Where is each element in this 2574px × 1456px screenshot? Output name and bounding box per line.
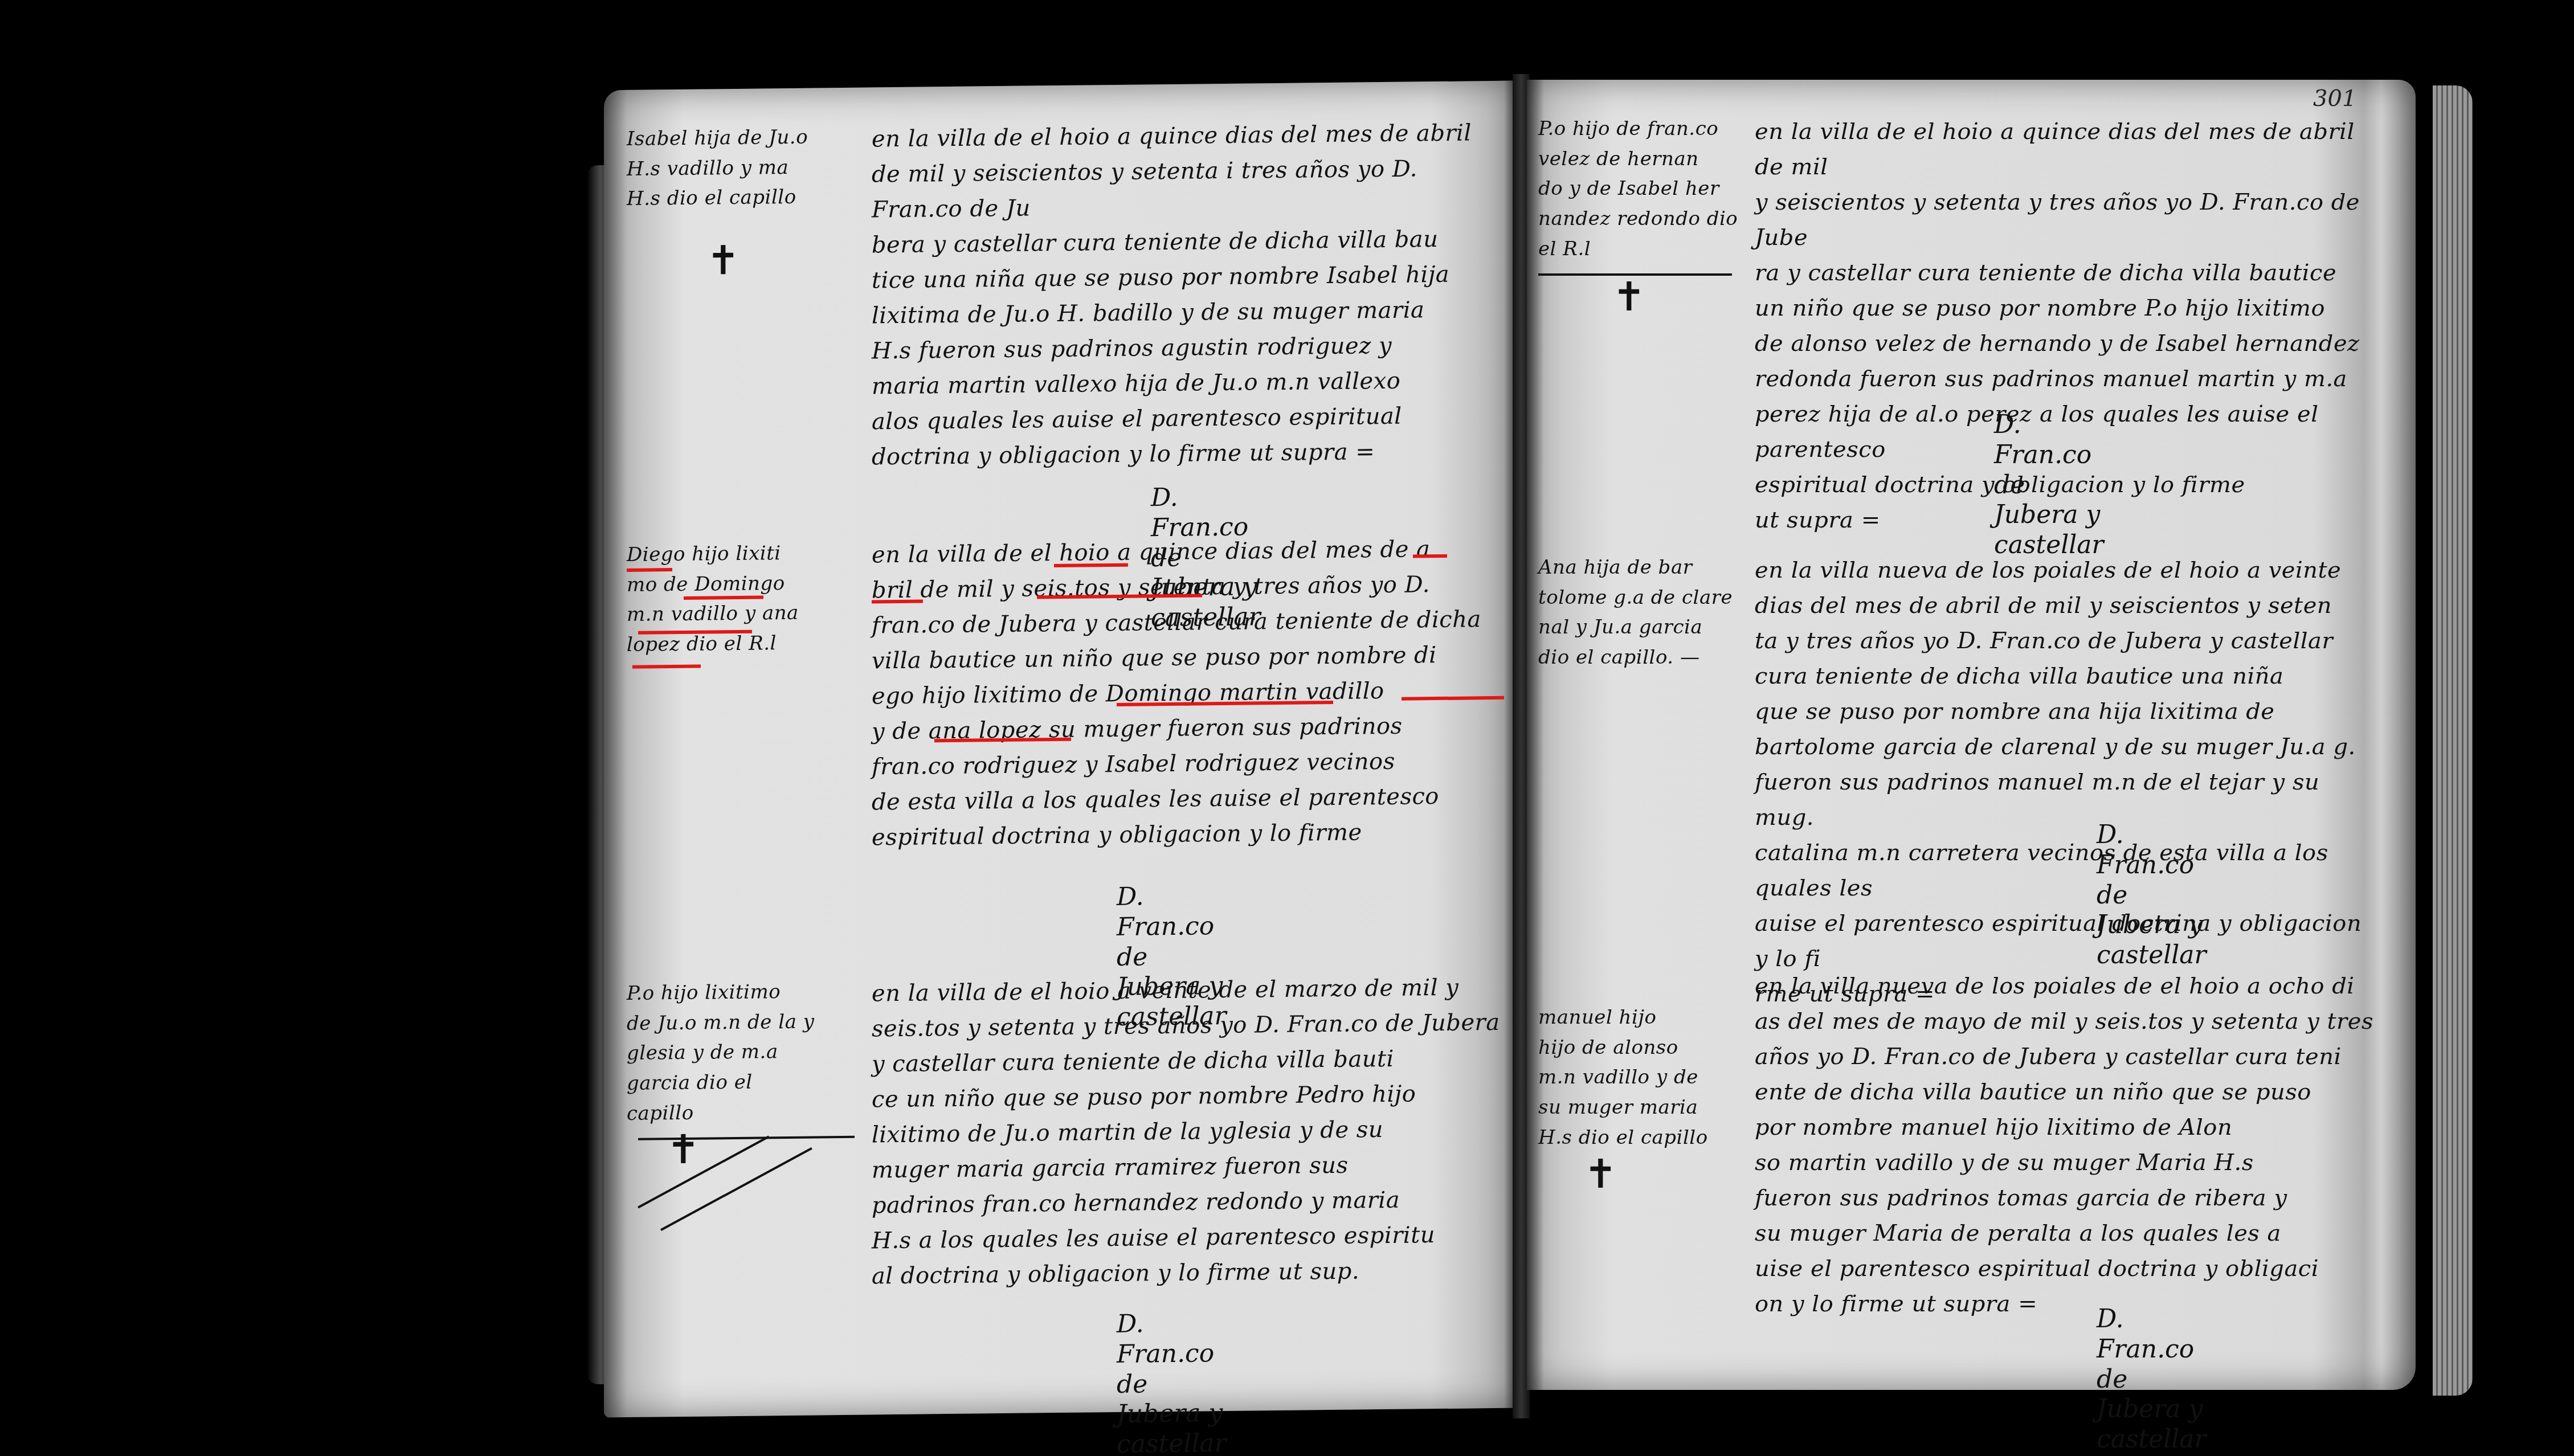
entry-body: en la villa de el hoio a quince dias del…: [872, 531, 1504, 856]
red-underline: [632, 665, 701, 669]
red-underline: [872, 600, 923, 604]
cross-mark-icon: ✝: [667, 1126, 700, 1173]
margin-note: manuel hijo hijo de alonso m.n vadillo y…: [1538, 1003, 1755, 1152]
margin-note: Isabel hija de Ju.o H.s vadillo y ma H.s…: [627, 122, 866, 214]
cross-mark-icon: ✝: [1612, 273, 1646, 320]
right-page: 301 P.o hijo de fran.co velez de hernan …: [1527, 80, 2416, 1390]
priest-signature: D. Fran.co de Jubera y castellar: [1117, 1308, 1227, 1456]
margin-note: P.o hijo lixitimo de Ju.o m.n de la y gl…: [627, 976, 866, 1129]
left-page: Isabel hija de Ju.o H.s vadillo y ma H.s…: [604, 81, 1515, 1418]
margin-note: Ana hija de bar tolome g.a de clare nal …: [1538, 553, 1755, 673]
priest-signature: D. Fran.co de Jubera y castellar: [2097, 1304, 2207, 1455]
entry-body: en la villa nueva de los poiales de el h…: [1755, 968, 2381, 1322]
red-underline: [627, 568, 672, 572]
entry-body: en la villa de el hoio a veinte de el ma…: [872, 970, 1504, 1294]
entry-body: en la villa de el hoio a quince dias del…: [872, 115, 1504, 475]
priest-signature: D. Fran.co de Jubera y castellar: [1994, 410, 2104, 561]
entry-body: en la villa nueva de los poiales de el h…: [1755, 553, 2381, 1012]
cross-mark-icon: ✝: [1584, 1151, 1617, 1197]
margin-note: P.o hijo de fran.co velez de hernan do y…: [1538, 114, 1755, 264]
priest-signature: D. Fran.co de Jubera y castellar: [2097, 820, 2207, 971]
page-number: 301: [2313, 85, 2356, 112]
stacked-page-edges: [2433, 85, 2473, 1396]
strike-line: [638, 1136, 769, 1209]
open-register-book: Isabel hija de Ju.o H.s vadillo y ma H.s…: [604, 63, 2438, 1418]
cross-mark-icon: ✝: [706, 237, 740, 284]
red-underline: [1413, 554, 1447, 558]
